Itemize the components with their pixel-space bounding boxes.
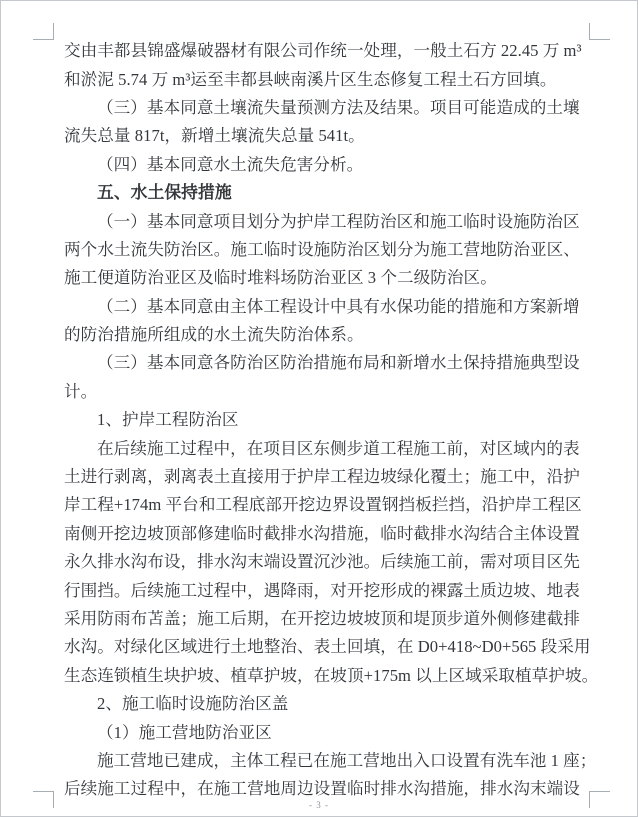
text-line: （一）基本同意项目划分为护岸工程防治区和施工临时设施防治区 xyxy=(64,205,584,233)
text-line: （三）基本同意土壤流失量预测方法及结果。项目可能造成的土壤 xyxy=(64,92,584,120)
text-line: 水沟。对绿化区域进行土地整治、表土回填，在 D0+418~D0+565 段采用 xyxy=(64,631,584,659)
crop-mark-top-left-icon xyxy=(33,23,54,40)
text-line: 采用防雨布苫盖；施工后期，在开挖边坡坡顶和堤顶步道外侧修建截排 xyxy=(64,603,584,631)
text-line: 施工营地已建成，主体工程已在施工营地出入口设置有洗车池 1 座； xyxy=(64,745,584,773)
page-number: - 3 - xyxy=(1,800,637,810)
text-line: 生态连锁植生块护坡、植草护坡，在坡顶+175m 以上区域采取植草护坡。 xyxy=(64,660,584,688)
text-line: 施工便道防治亚区及临时堆料场防治亚区 3 个二级防治区。 xyxy=(64,262,584,290)
text-line: 在后续施工过程中，在项目区东侧步道工程施工前，对区域内的表 xyxy=(64,432,584,460)
document-body: 交由丰都县锦盛爆破器材有限公司作统一处理，一般土石方 22.45 万 m³ 和淤… xyxy=(64,35,584,802)
crop-mark-top-right-icon xyxy=(589,23,610,40)
text-line: 土进行剥离，剥离表土直接用于护岸工程边坡绿化覆土；施工中，沿护 xyxy=(64,461,584,489)
document-page: 交由丰都县锦盛爆破器材有限公司作统一处理，一般土石方 22.45 万 m³ 和淤… xyxy=(0,0,638,817)
text-line: 后续施工过程中，在施工营地周边设置临时排水沟措施，排水沟末端设 xyxy=(64,773,584,801)
section-heading: 五、水土保持措施 xyxy=(64,177,584,205)
subsection-heading: （1）施工营地防治亚区 xyxy=(64,716,584,744)
text-line: 两个水土流失防治区。施工临时设施防治区划分为施工营地防治亚区、 xyxy=(64,234,584,262)
subsection-heading: 2、施工临时设施防治区盖 xyxy=(64,688,584,716)
text-line: 行围挡。后续施工过程中，遇降雨，对开挖形成的裸露土质边坡、地表 xyxy=(64,574,584,602)
text-line: （三）基本同意各防治区防治措施布局和新增水土保持措施典型设 xyxy=(64,347,584,375)
text-line: 和淤泥 5.74 万 m³运至丰都县峡南溪片区生态修复工程土石方回填。 xyxy=(64,63,584,91)
text-line: 交由丰都县锦盛爆破器材有限公司作统一处理，一般土石方 22.45 万 m³ xyxy=(64,35,584,63)
text-line: 流失总量 817t，新增土壤流失总量 541t。 xyxy=(64,120,584,148)
text-line: 的防治措施所组成的水土流失防治体系。 xyxy=(64,319,584,347)
text-line: 永久排水沟布设，排水沟末端设置沉沙池。后续施工前，需对项目区先 xyxy=(64,546,584,574)
subsection-heading: 1、护岸工程防治区 xyxy=(64,404,584,432)
text-line: （四）基本同意水土流失危害分析。 xyxy=(64,149,584,177)
text-line: 计。 xyxy=(64,376,584,404)
text-line: （二）基本同意由主体工程设计中具有水保功能的措施和方案新增 xyxy=(64,291,584,319)
text-line: 岸工程+174m 平台和工程底部开挖边界设置钢挡板拦挡，沿护岸工程区 xyxy=(64,489,584,517)
text-line: 南侧开挖边坡顶部修建临时截排水沟措施，临时截排水沟结合主体设置 xyxy=(64,518,584,546)
